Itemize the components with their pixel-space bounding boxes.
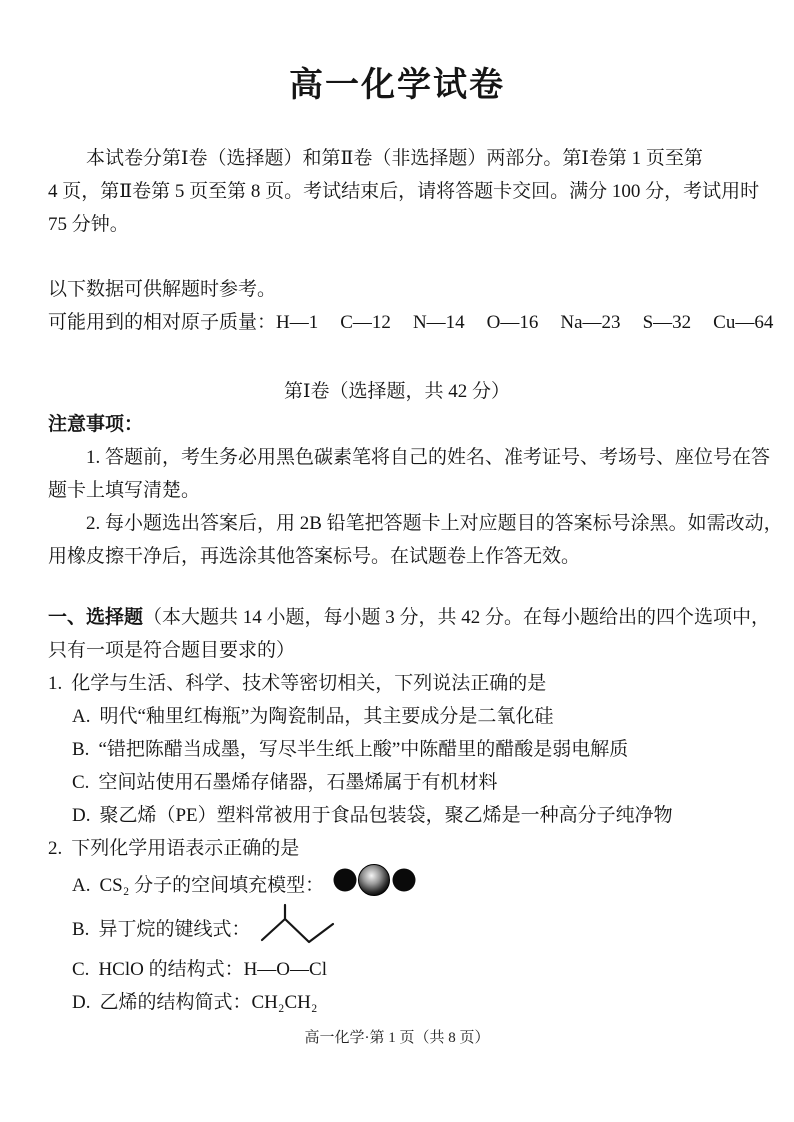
question-1-option-b: B.“错把陈醋当成墨，写尽半生纸上酸”中陈醋里的醋酸是弱电解质 [48,733,746,766]
notice-line: 2. 每小题选出答案后，用 2B 铅笔把答题卡上对应题目的答案标号涂黑。如需改动… [48,507,746,540]
question-2-option-d: D.乙烯的结构简式：CH₂CH₂ [48,986,746,1019]
notice-line: 用橡皮擦干净后，再选涂其他答案标号。在试题卷上作答无效。 [48,540,746,573]
cs2-space-filling-model [330,863,420,908]
question-stem-text: 下列化学用语表示正确的是 [71,838,299,859]
intro-paragraph: 本试卷分第Ⅰ卷（选择题）和第Ⅱ卷（非选择题）两部分。第Ⅰ卷第 1 页至第 4 页… [48,142,746,241]
part1-heading-bold: 一、选择题 [48,607,143,628]
page-title: 高一化学试卷 [48,64,746,108]
notice-line: 题卡上填写清楚。 [48,474,746,507]
option-label: C. [72,766,89,799]
option-text: “错把陈醋当成墨，写尽半生纸上酸”中陈醋里的醋酸是弱电解质 [98,739,628,760]
isobutane-skeletal-formula [256,901,338,958]
option-text: HClO 的结构式：H—O—Cl [98,959,327,980]
question-1-option-c: C.空间站使用石墨烯存储器，石墨烯属于有机材料 [48,766,746,799]
notice-list: 1. 答题前，考生务必用黑色碳素笔将自己的姓名、准考证号、考场号、座位号在答 题… [48,441,746,573]
option-text: 明代“釉里红梅瓶”为陶瓷制品，其主要成分是二氧化硅 [99,706,553,727]
option-label: A. [72,700,90,733]
part1-heading: 一、选择题（本大题共 14 小题，每小题 3 分，共 42 分。在每小题给出的四… [48,601,746,634]
atomic-mass-item: O—16 [487,312,539,333]
option-label: D. [72,799,90,832]
question-1-option-a: A.明代“釉里红梅瓶”为陶瓷制品，其主要成分是二氧化硅 [48,700,746,733]
intro-line: 75 分钟。 [48,208,746,241]
question-number: 2. [48,832,62,865]
question-2-option-b: B.异丁烷的键线式： [48,905,746,953]
exam-paper-page: 高一化学试卷 本试卷分第Ⅰ卷（选择题）和第Ⅱ卷（非选择题）两部分。第Ⅰ卷第 1 … [0,0,794,1122]
option-text: 空间站使用石墨烯存储器，石墨烯属于有机材料 [98,772,497,793]
reference-data-note: 以下数据可供解题时参考。 [48,273,746,306]
atomic-mass-label: 可能用到的相对原子质量： [48,312,276,333]
atomic-mass-item: S—32 [643,312,692,333]
atomic-mass-item: H—1 [276,312,318,333]
option-label: D. [72,986,90,1019]
atomic-mass-item: N—14 [413,312,465,333]
option-text: CS₂ 分子的空间填充模型： [99,869,324,902]
atomic-mass-item: Na—23 [560,312,620,333]
part1-heading-rest: （本大题共 14 小题，每小题 3 分，共 42 分。在每小题给出的四个选项中， [143,607,770,628]
intro-line: 4 页，第Ⅱ卷第 5 页至第 8 页。考试结束后，请将答题卡交回。满分 100 … [48,175,746,208]
page-footer: 高一化学·第 1 页（共 8 页） [48,1027,746,1049]
part1-heading-line2: 只有一项是符合题目要求的） [48,634,746,667]
question-stem-text: 化学与生活、科学、技术等密切相关，下列说法正确的是 [71,673,546,694]
atomic-mass-item: C—12 [340,312,391,333]
intro-line: 本试卷分第Ⅰ卷（选择题）和第Ⅱ卷（非选择题）两部分。第Ⅰ卷第 1 页至第 [48,142,746,175]
atomic-mass-line: 可能用到的相对原子质量：H—1C—12N—14O—16Na—23S—32Cu—6… [48,306,746,339]
option-label: B. [72,733,89,766]
notice-heading: 注意事项： [48,408,746,441]
question-1-stem: 1.化学与生活、科学、技术等密切相关，下列说法正确的是 [48,667,746,700]
question-2-stem: 2.下列化学用语表示正确的是 [48,832,746,865]
notice-line: 1. 答题前，考生务必用黑色碳素笔将自己的姓名、准考证号、考场号、座位号在答 [48,441,746,474]
question-2-option-c: C.HClO 的结构式：H—O—Cl [48,953,746,986]
atomic-mass-item: Cu—64 [713,312,773,333]
option-label: C. [72,953,89,986]
option-label: A. [72,869,90,902]
option-text: 乙烯的结构简式：CH₂CH₂ [99,992,317,1013]
question-1-option-d: D.聚乙烯（PE）塑料常被用于食品包装袋，聚乙烯是一种高分子纯净物 [48,799,746,832]
section1-title: 第Ⅰ卷（选择题，共 42 分） [48,375,746,408]
option-text: 异丁烷的键线式： [98,913,250,946]
option-text: 聚乙烯（PE）塑料常被用于食品包装袋，聚乙烯是一种高分子纯净物 [99,805,672,826]
question-2-option-a: A.CS₂ 分子的空间填充模型： [48,865,746,905]
question-number: 1. [48,667,62,700]
option-label: B. [72,913,89,946]
